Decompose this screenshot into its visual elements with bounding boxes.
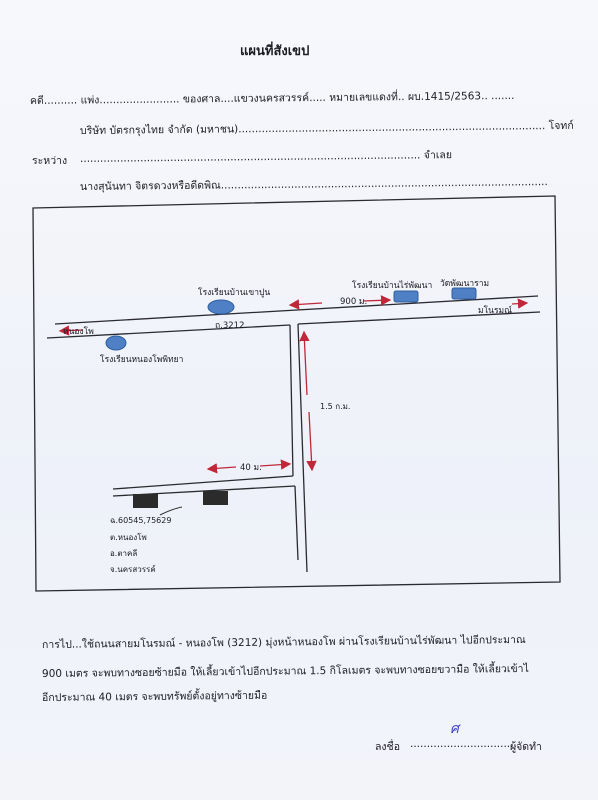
signature-dots: ................................ [410,738,517,750]
arrow-1500-down [309,412,312,470]
property-province: จ.นครสวรรค์ [110,563,156,576]
property-district: อ.ตาคลี [110,547,137,560]
school-nongpho-marker [106,336,126,350]
main-road-north-edge [55,296,538,324]
distance-main-road: 900 ม. [340,294,367,308]
signature-mark: ศ [450,718,459,740]
property-plot-1 [133,494,158,508]
school-khaopun-marker [208,300,234,314]
direction-right-label: มโนรมณ์ [478,303,512,317]
road-label: ถ.3212 [215,318,244,332]
landmark-label-banrai: โรงเรียนบ้านไร่พัฒนา [352,278,432,292]
arrow-900-left [290,303,322,305]
landmark-label-khaopun: โรงเรียนบ้านเขาปูน [198,285,270,299]
property-deed: ฉ.60545,75629 [110,514,171,527]
direction-left-label: หนองโพ [63,324,94,338]
side-road-west-edge [290,325,293,476]
school-banrai-marker [394,291,418,302]
distance-soi: 40 ม. [240,460,262,474]
arrow-40-right [260,464,290,466]
property-subdistrict: ต.หนองโพ [110,531,147,544]
arrow-40-left [208,467,236,469]
arrow-1500-up [304,332,307,395]
soi-east-edge [295,486,298,560]
distance-side-road: 1.5 ก.ม. [320,400,350,413]
landmark-label-nongpho: โรงเรียนหนองโพพิทยา [100,352,183,366]
landmark-label-temple: วัดพัฒนาราม [440,276,489,290]
signature-role: ผู้จัดทำ [510,738,542,755]
directions-line-3: อีกประมาณ 40 เมตร จะพบทรัพย์ตั้งอยู่ทางซ… [42,687,267,706]
arrow-to-manorom [512,303,527,304]
signature-label: ลงชื่อ [375,738,400,755]
document-page: แผนที่สังเขป คดี.......... แพ่ง.........… [0,0,598,800]
property-plot-2 [203,491,228,505]
